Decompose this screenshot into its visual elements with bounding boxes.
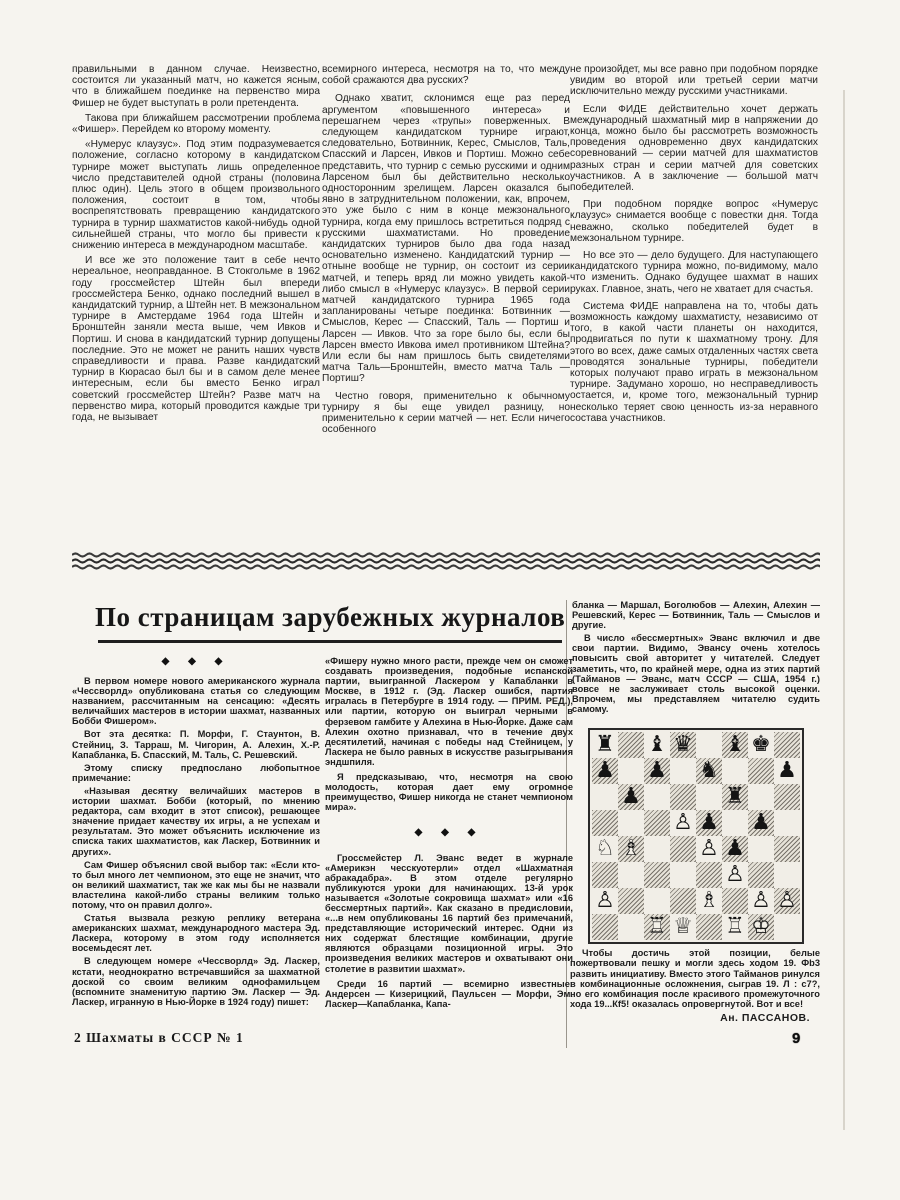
black-piece-icon: ♟ [647,758,667,784]
black-piece-icon: ♛ [673,732,693,758]
paragraph: Сам Фишер объяснил свой выбор так: «Если… [72,860,320,910]
board-square [722,810,748,836]
board-square [696,784,722,810]
black-piece-icon: ♝ [647,732,667,758]
black-piece-icon: ♟ [751,810,771,836]
paragraph: правильными в данном случае. Неизвестно,… [72,64,320,109]
white-piece-icon: ♟♙ [593,888,617,914]
diagram-caption: Чтобы достичь этой позиции, белые пожерт… [570,948,820,1023]
board-square [774,732,800,758]
board-square: ♝♗ [618,836,644,862]
white-piece-icon: ♞♘ [593,836,617,862]
paragraph: При подобном порядке вопрос «Нумерус кла… [570,199,818,244]
black-piece-icon: ♚ [751,732,771,758]
board-square: ♟ [618,784,644,810]
title-underline [98,640,562,643]
black-piece-icon: ♜ [725,784,745,810]
white-piece-icon: ♟♙ [749,888,773,914]
byline: Ан. ПАССАНОВ. [570,1013,820,1023]
board-square: ♟ [722,836,748,862]
paragraph: В первом номере нового американского жур… [72,676,320,726]
board-square: ♟♙ [670,810,696,836]
section-header: По страницам зарубежных журналов [95,602,565,643]
ornament-stars: ◆ ◆ ◆ [72,656,320,667]
board-square [774,862,800,888]
board-rank: ♟♙ [592,862,800,888]
paragraph: Честно говоря, применительно к обычному … [322,391,570,436]
board-square [592,862,618,888]
board-square [618,732,644,758]
board-square [644,784,670,810]
board-square: ♟♙ [722,862,748,888]
paragraph: В число «бессмертных» Эванс включил и дв… [572,633,820,714]
board-square: ♝ [722,732,748,758]
board-square: ♟♙ [748,888,774,914]
board-square [748,784,774,810]
white-piece-icon: ♜♖ [723,914,747,940]
white-piece-icon: ♜♖ [645,914,669,940]
board-square: ♟ [696,810,722,836]
paragraph: Среди 16 партий — всемирно известные: Ан… [325,979,573,1009]
foreign-column-2: «Фишеру нужно много расти, прежде чем он… [325,656,573,1048]
foreign-column-3: бланка — Маршал, Боголюбов — Алехин, Але… [572,600,820,726]
board-square: ♟ [592,758,618,784]
section-title: По страницам зарубежных журналов [95,602,565,633]
black-piece-icon: ♟ [699,810,719,836]
top-article-column-2: всемирного интереса, несмотря на то, что… [322,64,570,554]
board-rank: ♜♖♛♕♜♖♚♔ [592,914,800,940]
board-square [592,784,618,810]
board-square [696,732,722,758]
paragraph: Гроссмейстер Л. Эванс ведет в журнале «А… [325,853,573,974]
white-piece-icon: ♟♙ [671,810,695,836]
board-square [670,784,696,810]
board-square [670,862,696,888]
black-piece-icon: ♟ [621,784,641,810]
board-square: ♜ [722,784,748,810]
board-square: ♜♖ [722,914,748,940]
paragraph: Этому списку предпослано любопытное прим… [72,763,320,783]
board-square [722,888,748,914]
paragraph: «Называя десятку величайших мастеров в и… [72,786,320,857]
board-square [618,862,644,888]
paragraph: бланка — Маршал, Боголюбов — Алехин, Але… [572,600,820,630]
white-piece-icon: ♝♗ [619,836,643,862]
white-piece-icon: ♟♙ [775,888,799,914]
paragraph: Если ФИДЕ действительно хочет держать ме… [570,104,818,194]
board-square: ♟ [644,758,670,784]
chess-diagram: ♜♝♛♝♚♟♟♞♟♟♜♟♙♟♟♞♘♝♗♟♙♟♟♙♟♙♝♗♟♙♟♙♜♖♛♕♜♖♚♔ [588,728,804,944]
board-square [644,836,670,862]
paragraph: Такова при ближайшем рассмотрении пробле… [72,113,320,135]
wavy-divider [72,550,820,574]
board-square [644,888,670,914]
board-square [670,758,696,784]
board-square: ♛♕ [670,914,696,940]
page-number: 9 [792,1030,800,1047]
white-piece-icon: ♟♙ [723,862,747,888]
board-square [618,810,644,836]
board-rank: ♜♝♛♝♚ [592,732,800,758]
white-piece-icon: ♚♔ [749,914,773,940]
white-piece-icon: ♟♙ [697,836,721,862]
board-square [592,914,618,940]
board-square: ♛ [670,732,696,758]
board-square [774,836,800,862]
board-square: ♟♙ [696,836,722,862]
board-square: ♝♗ [696,888,722,914]
board-square [670,888,696,914]
paragraph: всемирного интереса, несмотря на то, что… [322,64,570,86]
top-article-column-1: правильными в данном случае. Неизвестно,… [72,64,320,554]
board-square [774,784,800,810]
board-square [618,888,644,914]
board-square: ♜ [592,732,618,758]
board-square [618,758,644,784]
board-square [748,836,774,862]
board-square [722,758,748,784]
board-rank: ♟♙♟♟ [592,810,800,836]
footer-imprint: 2 Шахматы в СССР № 1 [74,1030,244,1046]
board-rank: ♞♘♝♗♟♙♟ [592,836,800,862]
board-square: ♞♘ [592,836,618,862]
black-piece-icon: ♝ [725,732,745,758]
black-piece-icon: ♟ [777,758,797,784]
black-piece-icon: ♜ [595,732,615,758]
board-rank: ♟♟♞♟ [592,758,800,784]
board-square [670,836,696,862]
foreign-column-1: В первом номере нового американского жур… [72,676,320,1032]
paragraph: «Нумерус клаузус». Под этим подразумевае… [72,139,320,251]
board-square: ♟ [774,758,800,784]
paragraph: И все же это положение таит в себе нечто… [72,255,320,423]
white-piece-icon: ♛♕ [671,914,695,940]
paragraph: В следующем номере «Чессворлд» Эд. Ласке… [72,956,320,1006]
board-square: ♟♙ [592,888,618,914]
board-square [696,914,722,940]
board-square: ♟♙ [774,888,800,914]
board-square [618,914,644,940]
board-rank: ♟♙♝♗♟♙♟♙ [592,888,800,914]
caption-text: Чтобы достичь этой позиции, белые пожерт… [570,948,820,1010]
board-square: ♞ [696,758,722,784]
board-square: ♚♔ [748,914,774,940]
black-piece-icon: ♞ [699,758,719,784]
black-piece-icon: ♟ [595,758,615,784]
paragraph: Я предсказываю, что, несмотря на свою мо… [325,772,573,812]
paragraph: Но все это — дело будущего. Для наступаю… [570,250,818,295]
paragraph: Статья вызвала резкую реплику ветерана а… [72,913,320,953]
white-piece-icon: ♝♗ [697,888,721,914]
paragraph: Система ФИДЕ направлена на то, чтобы дат… [570,301,818,424]
paragraph: Однако хватит, склонимся еще раз перед а… [322,93,570,384]
board-square [592,810,618,836]
paragraph: «Фишеру нужно много расти, прежде чем он… [325,656,573,767]
board-square: ♟ [748,810,774,836]
board-square [696,862,722,888]
board-square [644,862,670,888]
board-square: ♝ [644,732,670,758]
paragraph: не произойдет, мы все равно при подобном… [570,64,818,98]
board-square [748,862,774,888]
board-square [774,914,800,940]
magazine-page: { "top_article": { "columns": [ { "parag… [0,0,900,1200]
paragraph: Вот эта десятка: П. Морфи, Г. Стаунтон, … [72,729,320,759]
board-square [774,810,800,836]
board-square [644,810,670,836]
ornament-stars: ◆ ◆ ◆ [325,828,573,838]
board-rank: ♟♜ [592,784,800,810]
top-article-column-3: не произойдет, мы все равно при подобном… [570,64,818,554]
board-square: ♚ [748,732,774,758]
page-edge-shadow [843,90,845,1130]
board-square: ♜♖ [644,914,670,940]
board-square [748,758,774,784]
black-piece-icon: ♟ [725,836,745,862]
